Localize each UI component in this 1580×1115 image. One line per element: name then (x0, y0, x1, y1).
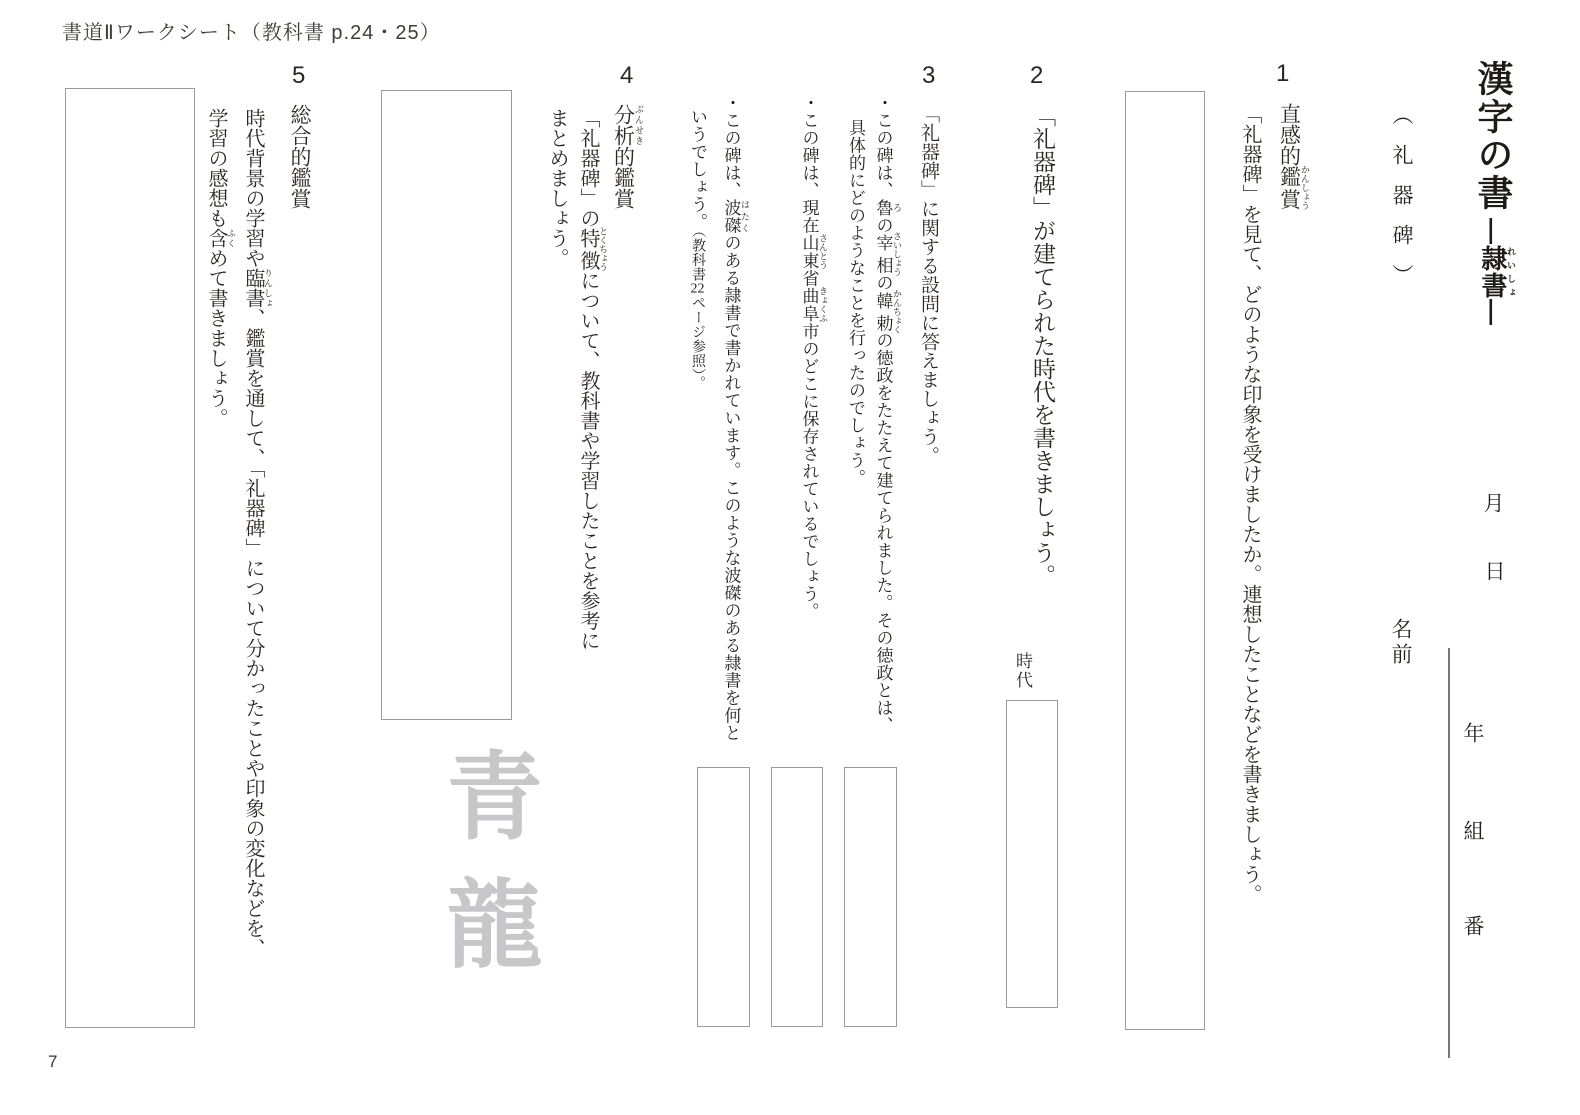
answer-box-section-3-q2 (771, 767, 823, 1027)
section-1-number: 1 (1276, 60, 1289, 88)
section-1-prompt: 「礼器碑」を見て、どのような印象を受けましたか。連想したことなどを書きましょう。 (1240, 104, 1260, 904)
page-title: 漢字の書―隷書れいしょ― (1475, 60, 1516, 326)
section-2-prompt: 「礼器碑」が建てられた時代を書きましょう。 (1031, 104, 1054, 587)
answer-box-section-3-q3 (697, 767, 750, 1027)
class-label: 組 (1462, 820, 1483, 841)
section-3-bullet-1-line-1: ・この碑は、魯ろの宰相さいしょうの韓勅かんちょくの徳政をたたえて建てられました。… (875, 94, 903, 734)
section-4-prompt-line-2: まとめましょう。 (547, 108, 567, 268)
section-3-bullet-1-line-2: 具体的にどのようなことを行ったのでしょう。 (847, 119, 864, 487)
worksheet-header: 書道Ⅱワークシート（教科書 p.24・25） (62, 16, 441, 45)
seiryu-calligraphy-watermark: 青龍 (438, 746, 534, 1002)
answer-box-section-2-era (1006, 700, 1058, 1008)
section-2-number: 2 (1030, 62, 1043, 90)
page-number: 7 (48, 1052, 57, 1072)
section-1-heading: 直感的鑑賞かんしょう (1279, 103, 1311, 210)
page-title-main: 漢字の書 (1473, 60, 1514, 212)
section-3-bullet-3-line-1: ・この碑は、波磔はたくのある隷書で書かれています。このような波磔のある隷書を何と (723, 94, 751, 742)
section-5-number: 5 (292, 62, 305, 90)
era-answer-label: 時代 (1014, 652, 1031, 690)
page-title-sub: ―隷書れいしょ― (1478, 218, 1508, 326)
answer-box-section-3-q1 (844, 767, 897, 1027)
year-label: 年 (1462, 722, 1483, 743)
section-4-number: 4 (620, 62, 633, 90)
month-label: 月 (1482, 492, 1503, 513)
section-5-prompt-line-1: 時代背景の学習や臨書りんしょ、鑑賞を通して、「礼器碑」について分かったことや印象… (243, 108, 273, 958)
section-5-prompt-line-2: 学習の感想も含ふくめて書きましょう。 (206, 108, 236, 428)
student-number-label: 番 (1462, 915, 1483, 936)
answer-box-section-4 (381, 90, 512, 720)
section-3-bullet-3-line-2: いうでしょう。（教科書22ページ参照）。 (689, 108, 706, 390)
answer-box-section-5 (65, 88, 195, 1028)
section-3-bullet-2: ・この碑は、現在山東さんとう省曲阜きょくふ市のどこに保存されているでしょう。 (801, 94, 829, 620)
answer-box-section-1 (1125, 91, 1205, 1030)
name-divider-line (1448, 648, 1450, 1058)
section-3-heading: 「礼器碑」に関する設問に答えましょう。 (919, 104, 938, 465)
section-4-heading: 分析ぶんせき的鑑賞 (613, 104, 645, 209)
section-5-heading: 総合的鑑賞 (289, 104, 310, 209)
name-label: 名前 (1390, 618, 1411, 668)
worksheet-page: 書道Ⅱワークシート（教科書 p.24・25） 漢字の書―隷書れいしょ― （礼器碑… (0, 0, 1580, 1115)
subject-label: （礼器碑） (1391, 104, 1412, 304)
section-4-prompt-line-1: 「礼器碑」の特徴とくちょうについて、教科書や学習したことを参考に (578, 108, 608, 651)
section-3-number: 3 (922, 62, 935, 90)
day-label: 日 (1483, 560, 1504, 581)
